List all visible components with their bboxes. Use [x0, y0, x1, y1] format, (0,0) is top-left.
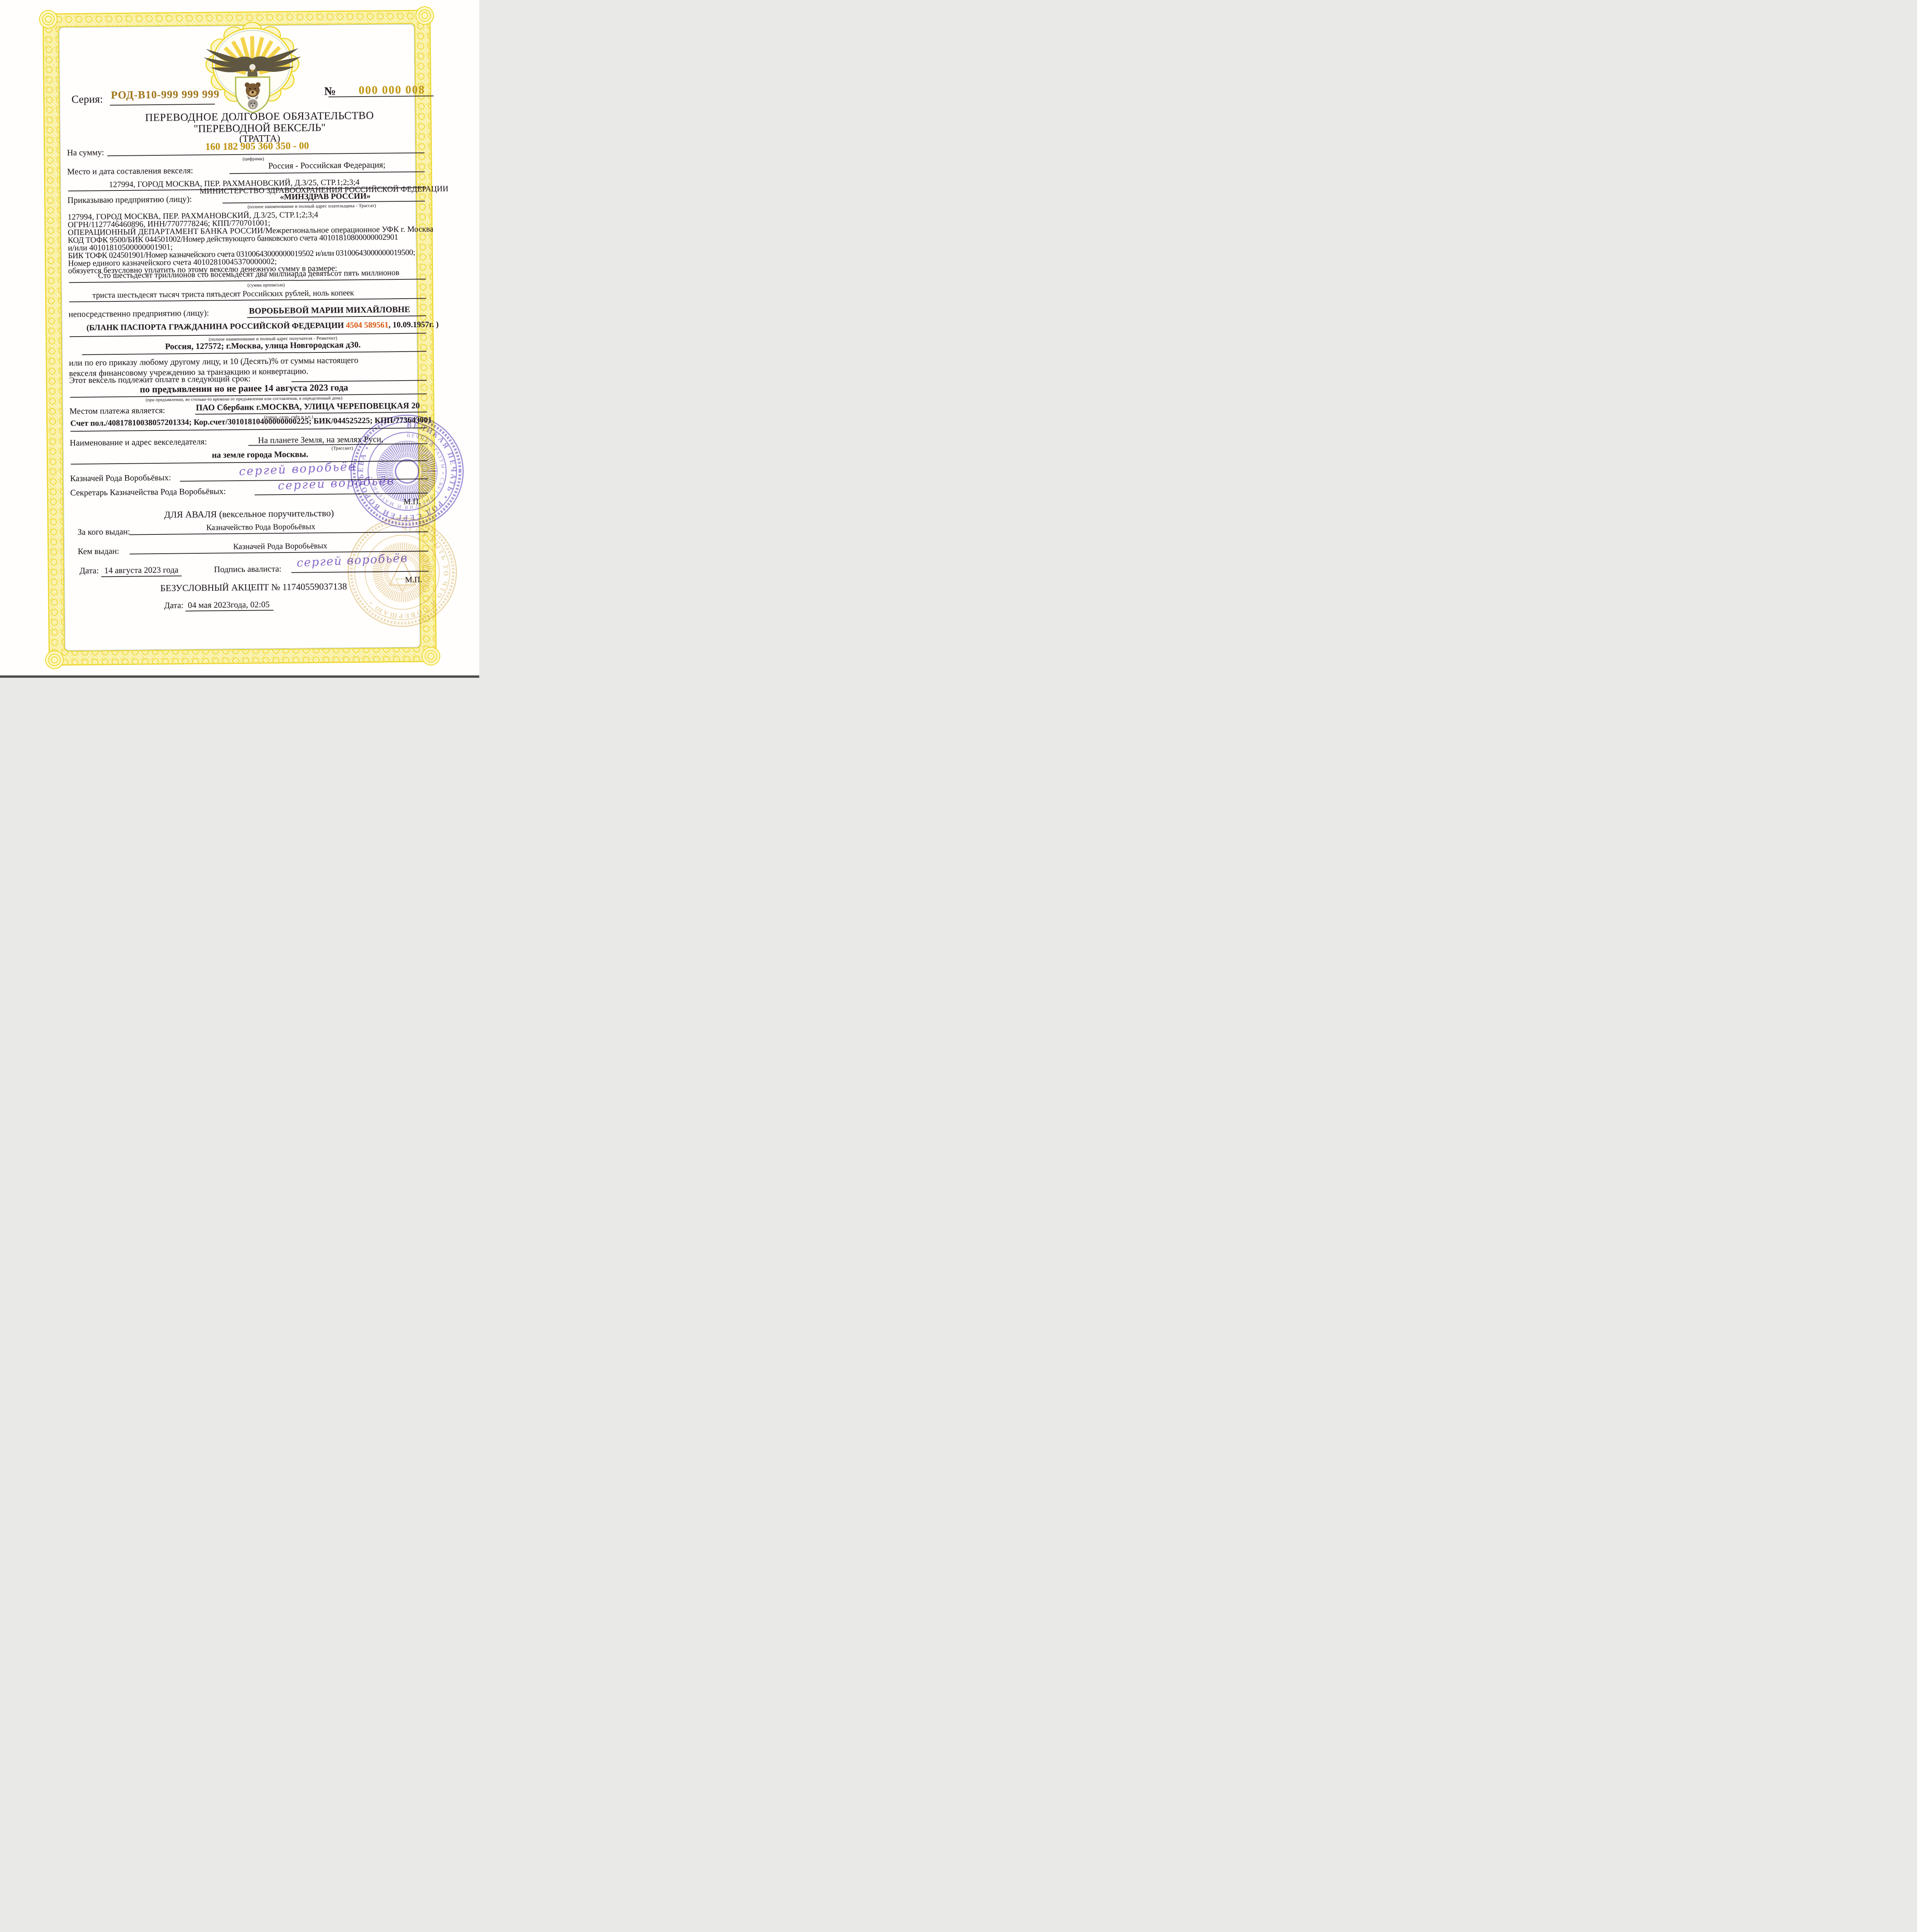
place-date-value: Россия - Российская Федерация; [230, 159, 424, 171]
border-corner-ornament [414, 4, 436, 27]
notary-stamp-purple: ВЕЛИКАЯ ПЕЧАТЬ • РОД СЕРГЕЙ ВОРОБЬЕВА • … [349, 413, 466, 530]
avalist-label: Подпись авалиста: [214, 564, 282, 575]
aval-date-label: Дата: [80, 566, 99, 576]
passport-number: 4504 589561 [346, 320, 388, 330]
place-date-label: Место и дата составления векселя: [67, 165, 193, 177]
amount-digits: 160 182 905 360 350 - 00 [153, 139, 361, 153]
series-value: РОД-В10-999 999 999 [111, 88, 220, 102]
payee-value: ВОРОБЬЕВОЙ МАРИИ МИХАЙЛОВНЕ [249, 304, 410, 316]
accept-date-value: 04 мая 2023года, 02:05 [186, 599, 274, 611]
border-corner-ornament [420, 645, 443, 668]
passport-prefix: (БЛАНК ПАСПОРТА ГРАЖДАНИНА РОССИЙСКОЙ ФЕ… [87, 320, 346, 332]
gold-seal-ring-text: ЧЕМУ БЫТЬ ТО ЧТО Я СОВЕРШАЮ • [366, 524, 450, 621]
aval-for-whom-value: Казначейство Рода Воробьёвых [157, 521, 365, 533]
amount-words-hint: (сумма прописью) [220, 282, 313, 288]
drawer-label: Наименование и адрес векселедателя: [70, 437, 207, 448]
border-corner-ornament [43, 648, 66, 671]
scanner-edge-artifact [0, 675, 479, 678]
payment-place-value: ПАО Сбербанк г.МОСКВА, УЛИЦА ЧЕРЕПОВЕЦКА… [196, 401, 420, 413]
triquetra-icon [395, 460, 419, 483]
secretary-label: Секретарь Казначейства Рода Воробьёвых: [70, 486, 226, 498]
amount-label: На сумму: [67, 147, 104, 158]
svg-text:ЧЕМУ БЫТЬ ТО ЧТО Я СОВЕРШАЮ •: ЧЕМУ БЫТЬ ТО ЧТО Я СОВЕРШАЮ • [366, 524, 450, 621]
aval-by-whom-label: Кем выдан: [78, 546, 119, 556]
passport-suffix: , 10.09.1957г. ) [388, 320, 439, 329]
aval-date-value: 14 августа 2023 года [101, 565, 182, 577]
drawer-value2: на земле города Москвы. [171, 449, 349, 460]
series-label: Серия: [72, 93, 103, 106]
treasurer-label: Казначей Рода Воробьёвых: [70, 473, 171, 484]
family-seal-gold: ЧЕМУ БЫТЬ ТО ЧТО Я СОВЕРШАЮ • [346, 516, 459, 629]
aval-for-whom-label: За кого выдан: [78, 527, 130, 537]
accept-date-label: Дата: [164, 600, 183, 610]
payment-place-label: Местом платежа является: [70, 405, 165, 416]
border-corner-ornament [37, 8, 60, 31]
order-label: Приказываю предприятию (лицу): [67, 194, 192, 205]
number-value: 000 000 008 [347, 83, 436, 97]
order-value: «МИНЗДРАВ РОССИИ» [269, 191, 381, 202]
payee-label: непосредственно предприятию (лицу): [68, 308, 209, 319]
scanned-promissory-note: Серия: РОД-В10-999 999 999 № 000 000 008… [0, 0, 479, 678]
